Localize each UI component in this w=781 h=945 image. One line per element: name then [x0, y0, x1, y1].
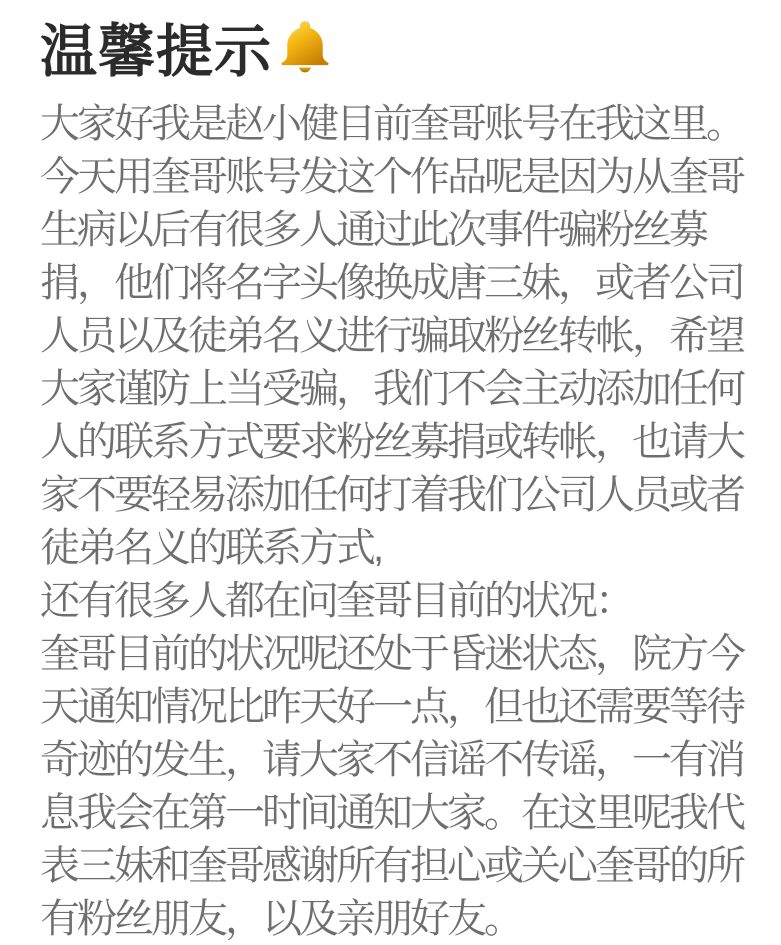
- text-line: 天通知情况比昨天好一点，但也还需要等待: [40, 681, 751, 734]
- text-line: 大家谨防上当受骗，我们不会主动添加任何: [40, 363, 751, 416]
- text-line: 表三妹和奎哥感谢所有担心或关心奎哥的所: [40, 840, 751, 893]
- text-line: 奎哥目前的状况呢还处于昏迷状态，院方今: [40, 628, 751, 681]
- text-line: 捐，他们将名字头像换成唐三妹，或者公司: [40, 257, 751, 310]
- text-line: 今天用奎哥账号发这个作品呢是因为从奎哥: [40, 151, 751, 204]
- text-line: 奇迹的发生，请大家不信谣不传谣，一有消: [40, 734, 751, 787]
- text-line: 人的联系方式要求粉丝募捐或转帐，也请大: [40, 416, 751, 469]
- text-line: 大家好我是赵小健目前奎哥账号在我这里。: [40, 98, 751, 151]
- text-line: 徒弟名义的联系方式,: [40, 522, 751, 575]
- text-line: 家不要轻易添加任何打着我们公司人员或者: [40, 469, 751, 522]
- bell-icon: [276, 18, 334, 76]
- text-line: 生病以后有很多人通过此次事件骗粉丝募: [40, 204, 751, 257]
- text-line: 还有很多人都在问奎哥目前的状况：: [40, 575, 751, 628]
- page-title-row: 温馨提示: [40, 8, 751, 86]
- text-line: 有粉丝朋友，以及亲朋好友。: [40, 893, 751, 945]
- text-line: 人员以及徒弟名义进行骗取粉丝转帐，希望: [40, 310, 751, 363]
- notice-body: 大家好我是赵小健目前奎哥账号在我这里。 今天用奎哥账号发这个作品呢是因为从奎哥 …: [40, 98, 751, 945]
- text-line: 息我会在第一时间通知大家。在这里呢我代: [40, 787, 751, 840]
- notice-page: 温馨提示 大家好我是赵小健目前奎哥账号在: [0, 0, 781, 945]
- page-title: 温馨提示: [40, 6, 272, 88]
